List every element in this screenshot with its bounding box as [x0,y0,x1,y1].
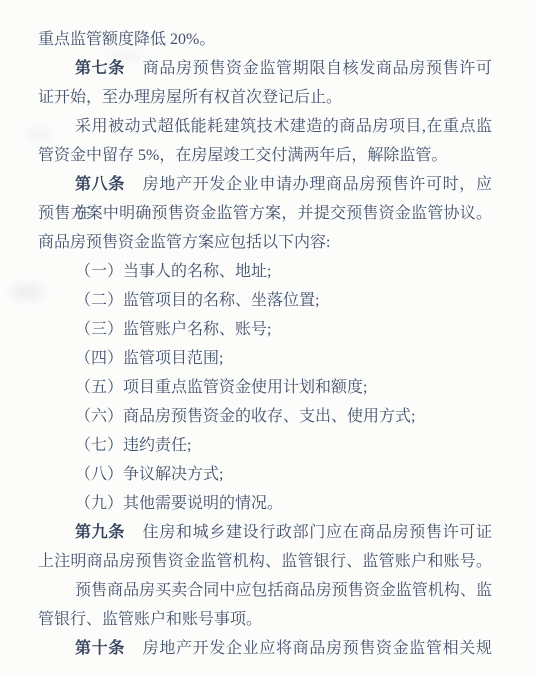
line-text: 上注明商品房预售资金监管机构、监管银行、监管账户和账号。 [38,553,492,570]
line-text: 商品房预售资金监管方案应包括以下内容: [38,234,330,251]
line-text: 预售方案中明确预售资金监管方案，并提交预售资金监管协议。 [38,205,492,222]
article-heading-line: 第十条房地产开发企业应将商品房预售资金监管相关规 [38,634,492,663]
article-heading-line: 第九条住房和城乡建设行政部门应在商品房预售许可证 [38,518,492,547]
article-number: 第八条 [75,176,125,193]
text-line: （四）监管项目范围; [38,344,492,373]
text-line: （六）商品房预售资金的收存、支出、使用方式; [38,402,492,431]
article-number: 第九条 [75,524,125,541]
line-text: 证开始，至办理房屋所有权首次登记后止。 [38,89,342,106]
text-line: 重点监管额度降低 20%。 [38,25,492,54]
line-text: （三）监管账户名称、账号; [75,321,271,338]
article-number: 第十条 [75,640,125,657]
line-text: 住房和城乡建设行政部门应在商品房预售许可证 [142,524,492,541]
line-text: （九）其他需要说明的情况。 [75,495,283,512]
text-line: （二）监管项目的名称、坐落位置; [38,286,492,315]
text-line: 证开始，至办理房屋所有权首次登记后止。 [38,83,492,112]
line-text: （四）监管项目范围; [75,350,223,367]
line-text: 采用被动式超低能耗建筑技术建造的商品房项目,在重点监 [75,118,492,135]
article-number: 第七条 [75,60,125,77]
text-line: 上注明商品房预售资金监管机构、监管银行、监管账户和账号。 [38,547,492,576]
line-text: （一）当事人的名称、地址; [75,263,271,280]
text-line: （七）违约责任; [38,431,492,460]
line-text: （七）违约责任; [75,437,191,454]
text-line: 管银行、监管账户和账号事项。 [38,605,492,634]
line-text: 商品房预售资金监管期限自核发商品房预售许可 [142,60,492,77]
line-text: （八）争议解决方式; [75,466,223,483]
text-line: 采用被动式超低能耗建筑技术建造的商品房项目,在重点监 [38,112,492,141]
line-text: （六）商品房预售资金的收存、支出、使用方式; [75,408,415,425]
article-heading-line: 第七条商品房预售资金监管期限自核发商品房预售许可 [38,54,492,83]
article-heading-line: 第八条房地产开发企业申请办理商品房预售许可时，应在 [38,170,492,199]
text-line: 管资金中留存 5%，在房屋竣工交付满两年后，解除监管。 [38,141,492,170]
line-text: （五）项目重点监管资金使用计划和额度; [75,379,367,396]
line-text: （二）监管项目的名称、坐落位置; [75,292,319,309]
line-text: 重点监管额度降低 20%。 [38,31,215,48]
text-line: 预售商品房买卖合同中应包括商品房预售资金监管机构、监 [38,576,492,605]
line-text: 房地产开发企业应将商品房预售资金监管相关规 [142,640,492,657]
text-line: 预售方案中明确预售资金监管方案，并提交预售资金监管协议。 [38,199,492,228]
text-line: （五）项目重点监管资金使用计划和额度; [38,373,492,402]
line-text: 预售商品房买卖合同中应包括商品房预售资金监管机构、监 [75,582,492,599]
text-line: （九）其他需要说明的情况。 [38,489,492,518]
document-page: 重点监管额度降低 20%。第七条商品房预售资金监管期限自核发商品房预售许可证开始… [0,0,536,677]
document-content: 重点监管额度降低 20%。第七条商品房预售资金监管期限自核发商品房预售许可证开始… [38,25,492,663]
line-text: 管资金中留存 5%，在房屋竣工交付满两年后，解除监管。 [38,147,447,164]
text-line: 商品房预售资金监管方案应包括以下内容: [38,228,492,257]
text-line: （八）争议解决方式; [38,460,492,489]
text-line: （三）监管账户名称、账号; [38,315,492,344]
text-line: （一）当事人的名称、地址; [38,257,492,286]
line-text: 管银行、监管账户和账号事项。 [38,611,262,628]
